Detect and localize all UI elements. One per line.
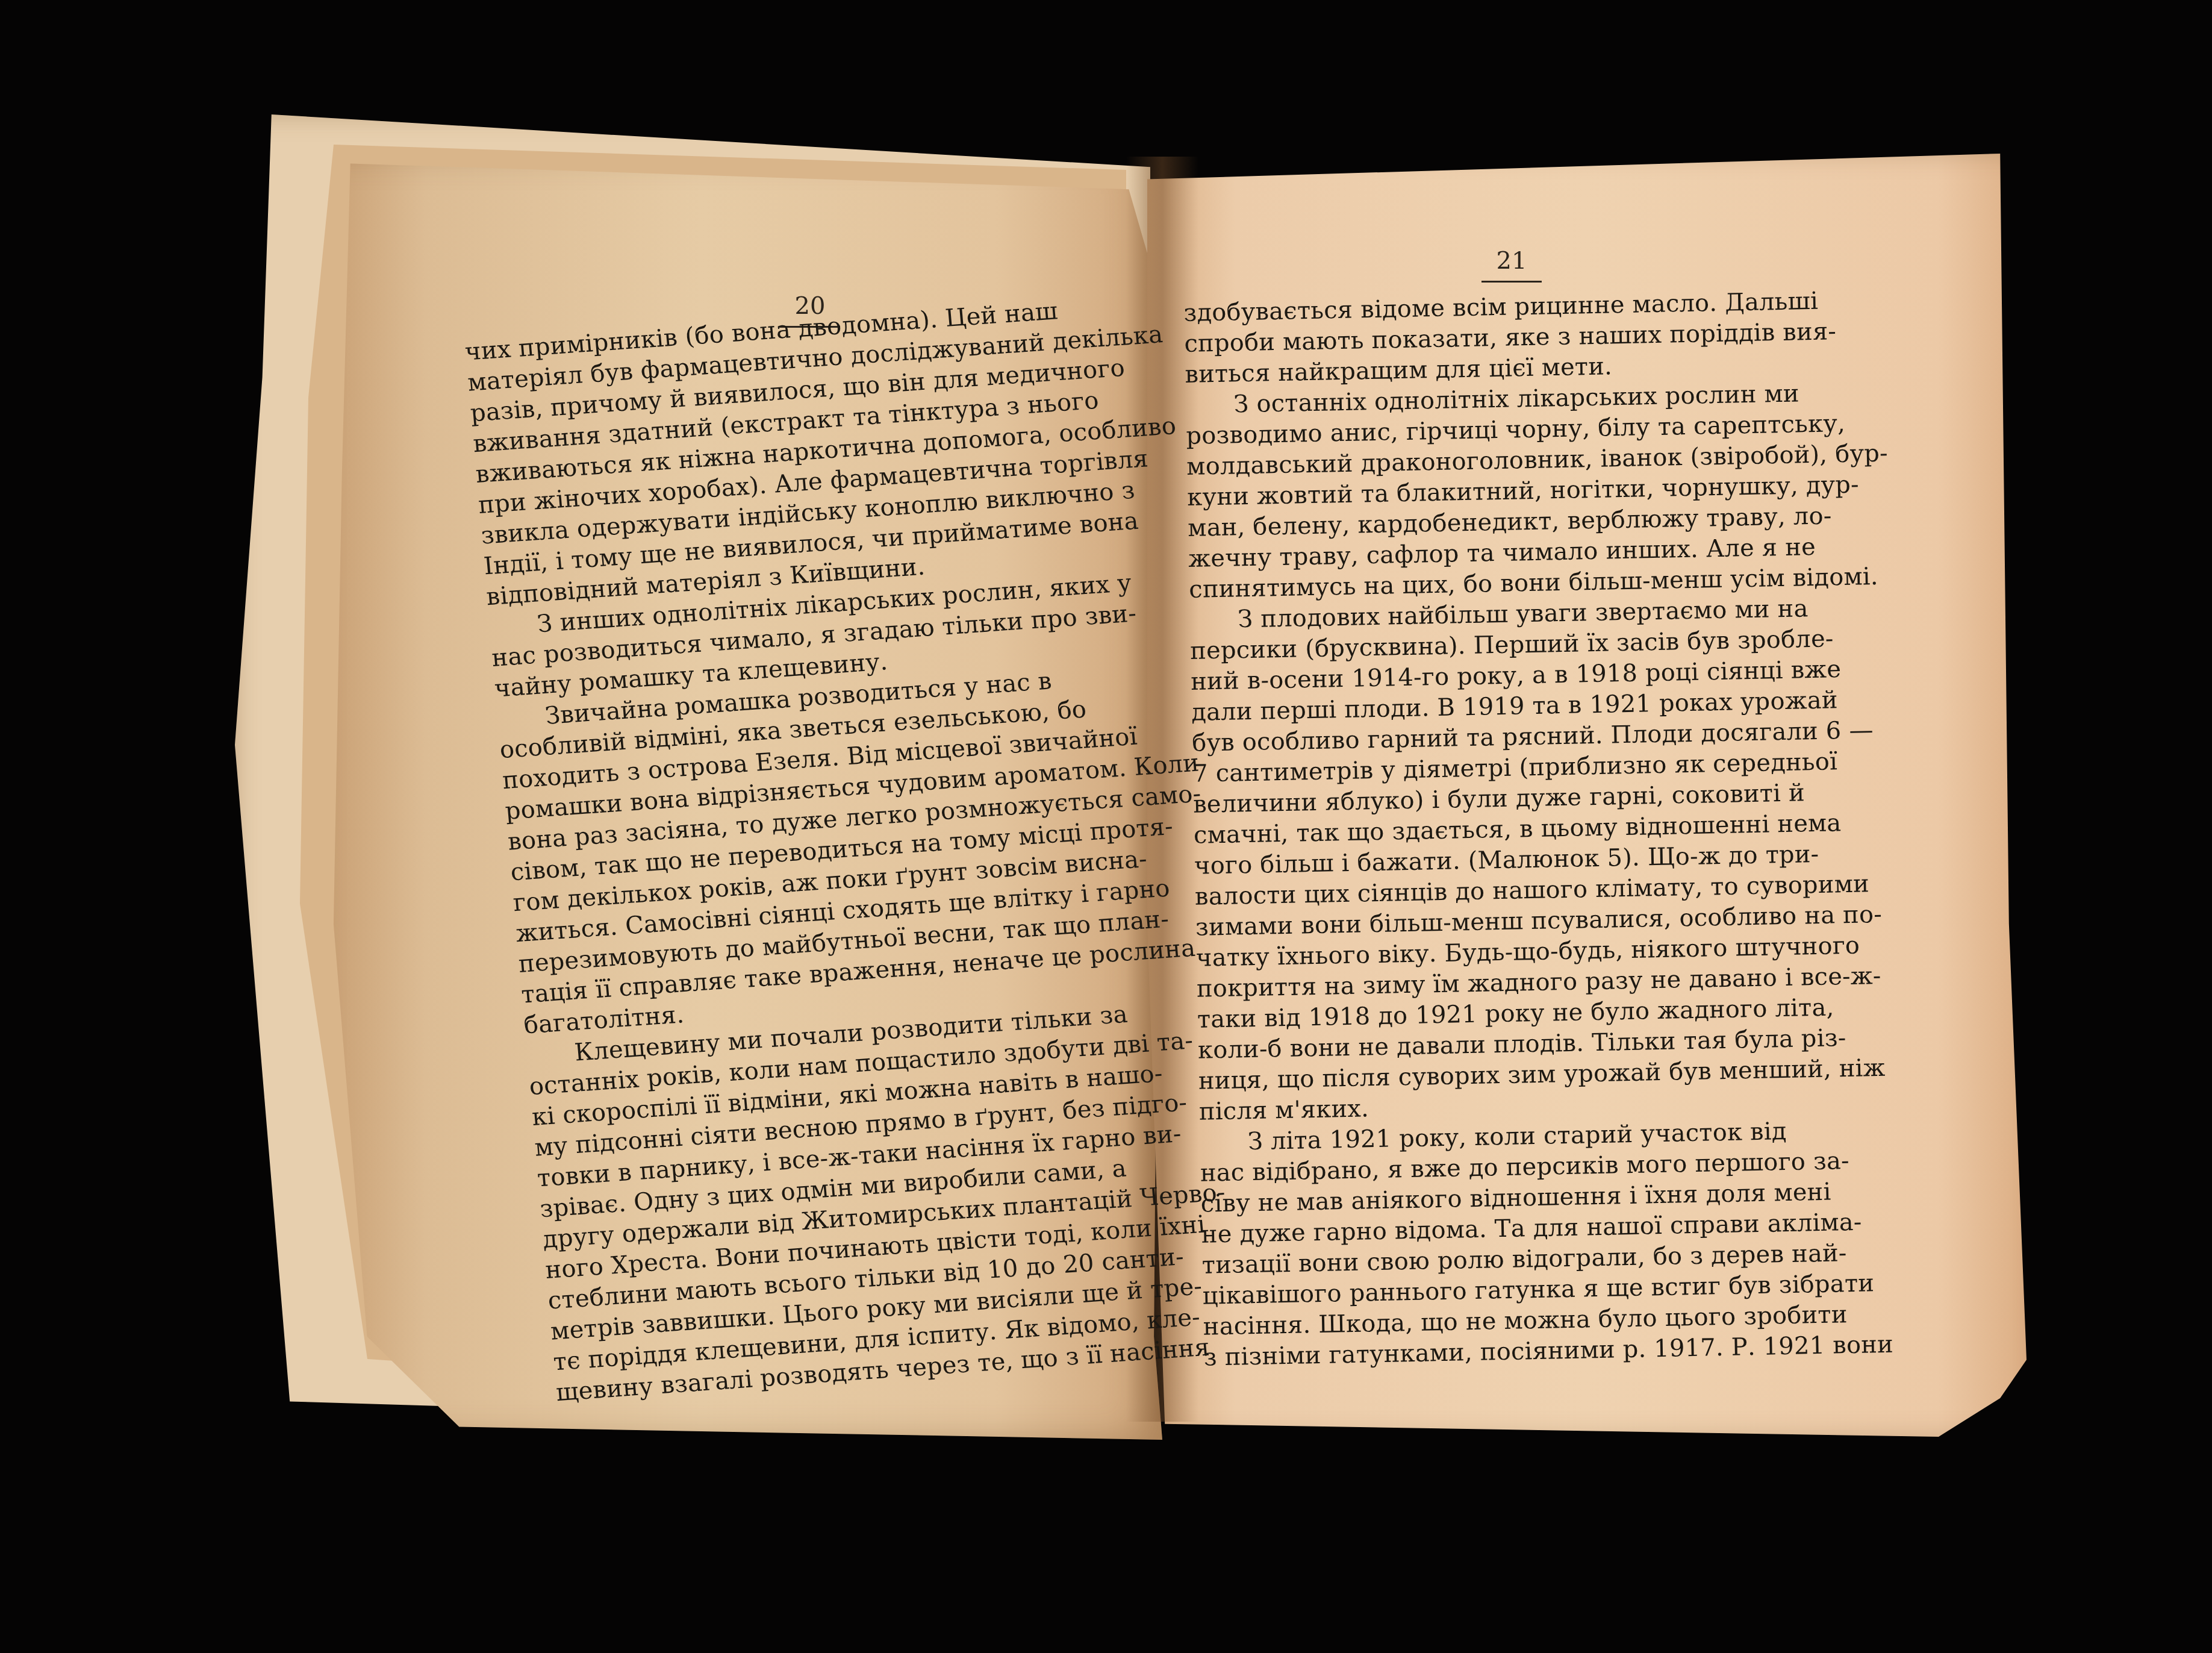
right-page-number: 21 [1481, 247, 1542, 283]
left-page-text: чих примірників (бо вона дводомна). Цей … [464, 291, 1218, 1408]
right-page-text: здобувається відоме всім рицинне масло. … [1183, 285, 1878, 1373]
page-number-rule [1481, 281, 1542, 283]
open-book: 20 21 чих примірників (бо вона дводомна)… [0, 0, 2212, 1653]
